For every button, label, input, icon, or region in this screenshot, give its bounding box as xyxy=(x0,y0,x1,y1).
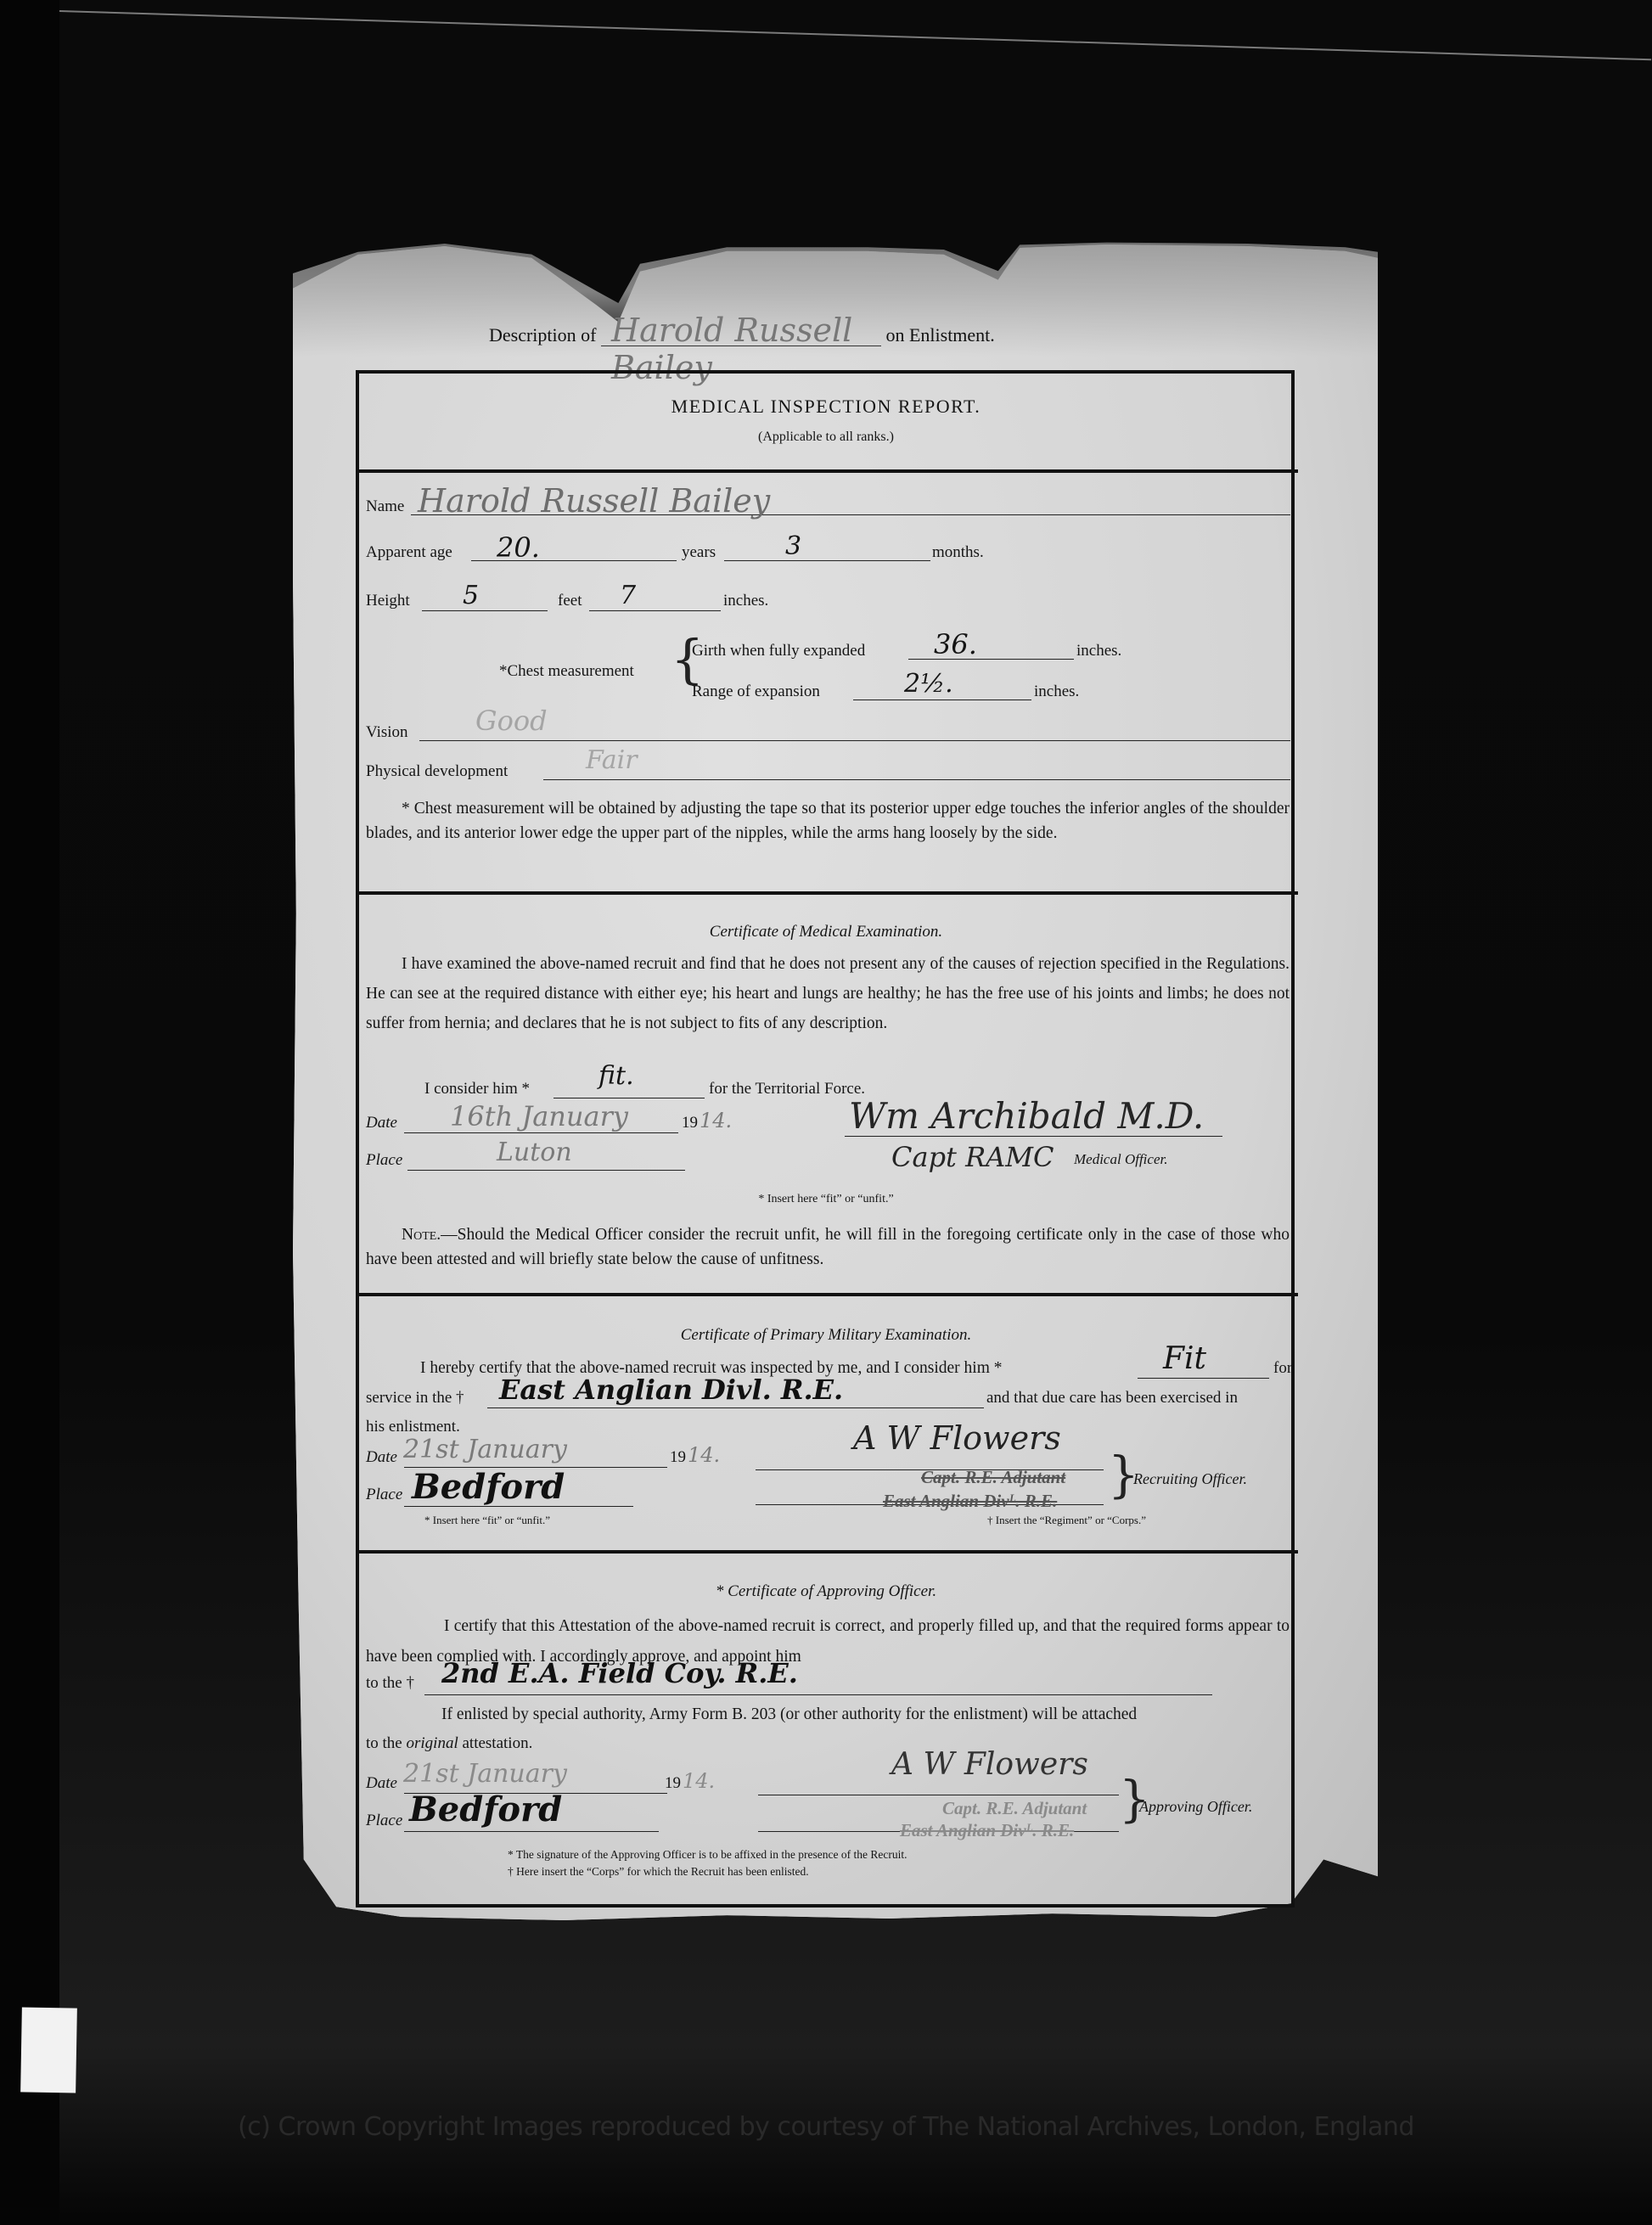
height-inches-value: 7 xyxy=(620,581,636,610)
approving-footnote-1: * The signature of the Approving Officer… xyxy=(508,1848,907,1862)
medical-consider-label: I consider him * xyxy=(424,1080,530,1098)
military-consider-value: Fit xyxy=(1163,1341,1206,1376)
medical-year-suffix: 14. xyxy=(700,1109,732,1132)
chest-measurement-note: * Chest measurement will be obtained by … xyxy=(366,796,1290,846)
age-label: Apparent age xyxy=(366,543,452,562)
physical-value: Fair xyxy=(586,745,638,775)
approving-to-label: to the † xyxy=(366,1674,414,1693)
recruiting-officer-signature: A W Flowers xyxy=(853,1419,1061,1457)
vision-underline xyxy=(419,740,1290,741)
medical-place-label: Place xyxy=(366,1151,402,1170)
territorial-force-label: for the Territorial Force. xyxy=(709,1080,865,1098)
medical-officer-label: Medical Officer. xyxy=(1074,1151,1167,1168)
original-word: original xyxy=(407,1734,458,1752)
medical-footnote: * Insert here “fit” or “unfit.” xyxy=(0,1193,1652,1206)
military-consider-underline xyxy=(1138,1378,1269,1379)
report-title: MEDICAL INSPECTION REPORT. xyxy=(0,396,1652,418)
range-value: 2½. xyxy=(904,669,953,699)
recruiting-stamp-line2: East Anglian Divᴸ. R.E. xyxy=(883,1491,1057,1512)
medical-year-prefix: 19 xyxy=(682,1114,698,1132)
description-suffix: on Enlistment. xyxy=(885,324,994,346)
medical-date-label: Date xyxy=(366,1114,397,1132)
approving-date-value: 21st January xyxy=(403,1759,567,1789)
section-divider-approving xyxy=(356,1550,1298,1554)
military-date-value: 21st January xyxy=(403,1435,567,1464)
military-place-value: Bedford xyxy=(412,1467,565,1507)
section-divider-medical xyxy=(356,891,1298,895)
girth-value: 36. xyxy=(934,628,977,660)
recruiting-stamp-line1: Capt. R.E. Adjutant xyxy=(921,1467,1065,1488)
medical-officer-title: Capt RAMC xyxy=(891,1141,1054,1173)
military-care-label: and that due care has been exercised in xyxy=(986,1389,1238,1407)
approving-certificate-heading: * Certificate of Approving Officer. xyxy=(0,1582,1652,1601)
military-for-label: for xyxy=(1273,1359,1292,1378)
approving-to-underline xyxy=(424,1694,1212,1695)
approving-signature-line xyxy=(758,1795,1119,1795)
height-inches-underline xyxy=(589,610,721,611)
approving-stamp-line1: Capt. R.E. Adjutant xyxy=(942,1798,1087,1819)
age-years-value: 20. xyxy=(497,531,540,564)
copyright-watermark: (c) Crown Copyright Images reproduced by… xyxy=(0,2112,1652,2142)
months-label: months. xyxy=(932,543,984,562)
medical-officer-signature: Wm Archibald M.D. xyxy=(849,1095,1204,1137)
medical-place-value: Luton xyxy=(497,1138,572,1167)
approving-officer-label: Approving Officer. xyxy=(1139,1798,1252,1816)
military-year-prefix: 19 xyxy=(670,1448,686,1467)
note-label: Note. xyxy=(402,1226,441,1244)
chest-label: *Chest measurement xyxy=(499,662,634,681)
report-subtitle: (Applicable to all ranks.) xyxy=(0,430,1652,445)
range-underline xyxy=(853,700,1031,700)
girth-unit: inches. xyxy=(1076,642,1121,660)
approving-footnote-2: † Here insert the “Corps” for which the … xyxy=(508,1865,809,1879)
feet-label: feet xyxy=(558,592,582,610)
range-unit: inches. xyxy=(1034,683,1079,701)
medical-certificate-body: I have examined the above-named recruit … xyxy=(366,949,1290,1038)
military-footnote-right: † Insert the “Regiment” or “Corps.” xyxy=(987,1514,1146,1527)
medical-certificate-heading: Certificate of Medical Examination. xyxy=(0,923,1652,941)
military-year-suffix: 14. xyxy=(688,1443,720,1467)
military-footnote-left: * Insert here “fit” or “unfit.” xyxy=(424,1514,550,1527)
approving-special-line: If enlisted by special authority, Army F… xyxy=(441,1705,1137,1724)
height-feet-value: 5 xyxy=(463,581,479,610)
approving-date-label: Date xyxy=(366,1774,397,1793)
physical-label: Physical development xyxy=(366,762,508,781)
description-line: Description of Harold Russell Bailey on … xyxy=(489,324,995,346)
inches-label: inches. xyxy=(723,592,768,610)
name-value: Harold Russell Bailey xyxy=(418,482,770,520)
vision-value: Good xyxy=(475,705,548,737)
section-divider-military xyxy=(356,1293,1298,1296)
approving-year-prefix: 19 xyxy=(665,1774,681,1793)
military-enlistment-label: his enlistment. xyxy=(366,1418,460,1436)
medical-date-value: 16th January xyxy=(450,1100,628,1132)
header-divider xyxy=(356,469,1298,473)
approving-to-value: 2nd E.A. Field Coy. R.E. xyxy=(441,1657,798,1689)
military-service-value: East Anglian Divl. R.E. xyxy=(499,1374,843,1406)
medical-consider-value: fit. xyxy=(598,1061,634,1091)
description-name-field: Harold Russell Bailey xyxy=(601,325,881,346)
film-marker xyxy=(20,2007,77,2093)
military-certificate-heading: Certificate of Primary Military Examinat… xyxy=(0,1326,1652,1345)
approving-place-label: Place xyxy=(366,1812,402,1830)
description-prefix: Description of xyxy=(489,324,596,346)
medical-date-underline xyxy=(404,1132,678,1133)
vision-label: Vision xyxy=(366,723,408,742)
approving-place-underline xyxy=(404,1831,659,1832)
height-feet-underline xyxy=(422,610,548,611)
approving-stamp-line2: East Anglian Divᴸ. R.E. xyxy=(900,1820,1074,1841)
military-service-underline xyxy=(487,1407,984,1408)
range-label: Range of expansion xyxy=(692,683,820,701)
approving-place-value: Bedford xyxy=(409,1790,562,1829)
years-label: years xyxy=(682,543,716,562)
medical-note: Note.—Should the Medical Officer conside… xyxy=(366,1222,1290,1272)
approving-original-line: to the original attestation. xyxy=(366,1734,532,1753)
military-place-label: Place xyxy=(366,1486,402,1504)
physical-underline xyxy=(543,779,1290,780)
military-date-label: Date xyxy=(366,1448,397,1467)
approving-year-suffix: 14. xyxy=(683,1769,715,1793)
name-label: Name xyxy=(366,497,404,516)
original-suffix: attestation. xyxy=(462,1734,532,1752)
height-label: Height xyxy=(366,592,410,610)
recruiting-officer-label: Recruiting Officer. xyxy=(1133,1470,1247,1488)
note-body: —Should the Medical Officer consider the… xyxy=(366,1226,1290,1268)
age-months-value: 3 xyxy=(785,531,801,561)
medical-place-underline xyxy=(407,1170,685,1171)
girth-label: Girth when fully expanded xyxy=(692,642,865,660)
original-prefix: to the xyxy=(366,1734,402,1752)
medical-consider-underline xyxy=(553,1098,705,1098)
age-months-underline xyxy=(724,560,930,561)
approving-officer-signature: A W Flowers xyxy=(891,1747,1088,1782)
military-service-label: service in the † xyxy=(366,1389,464,1407)
